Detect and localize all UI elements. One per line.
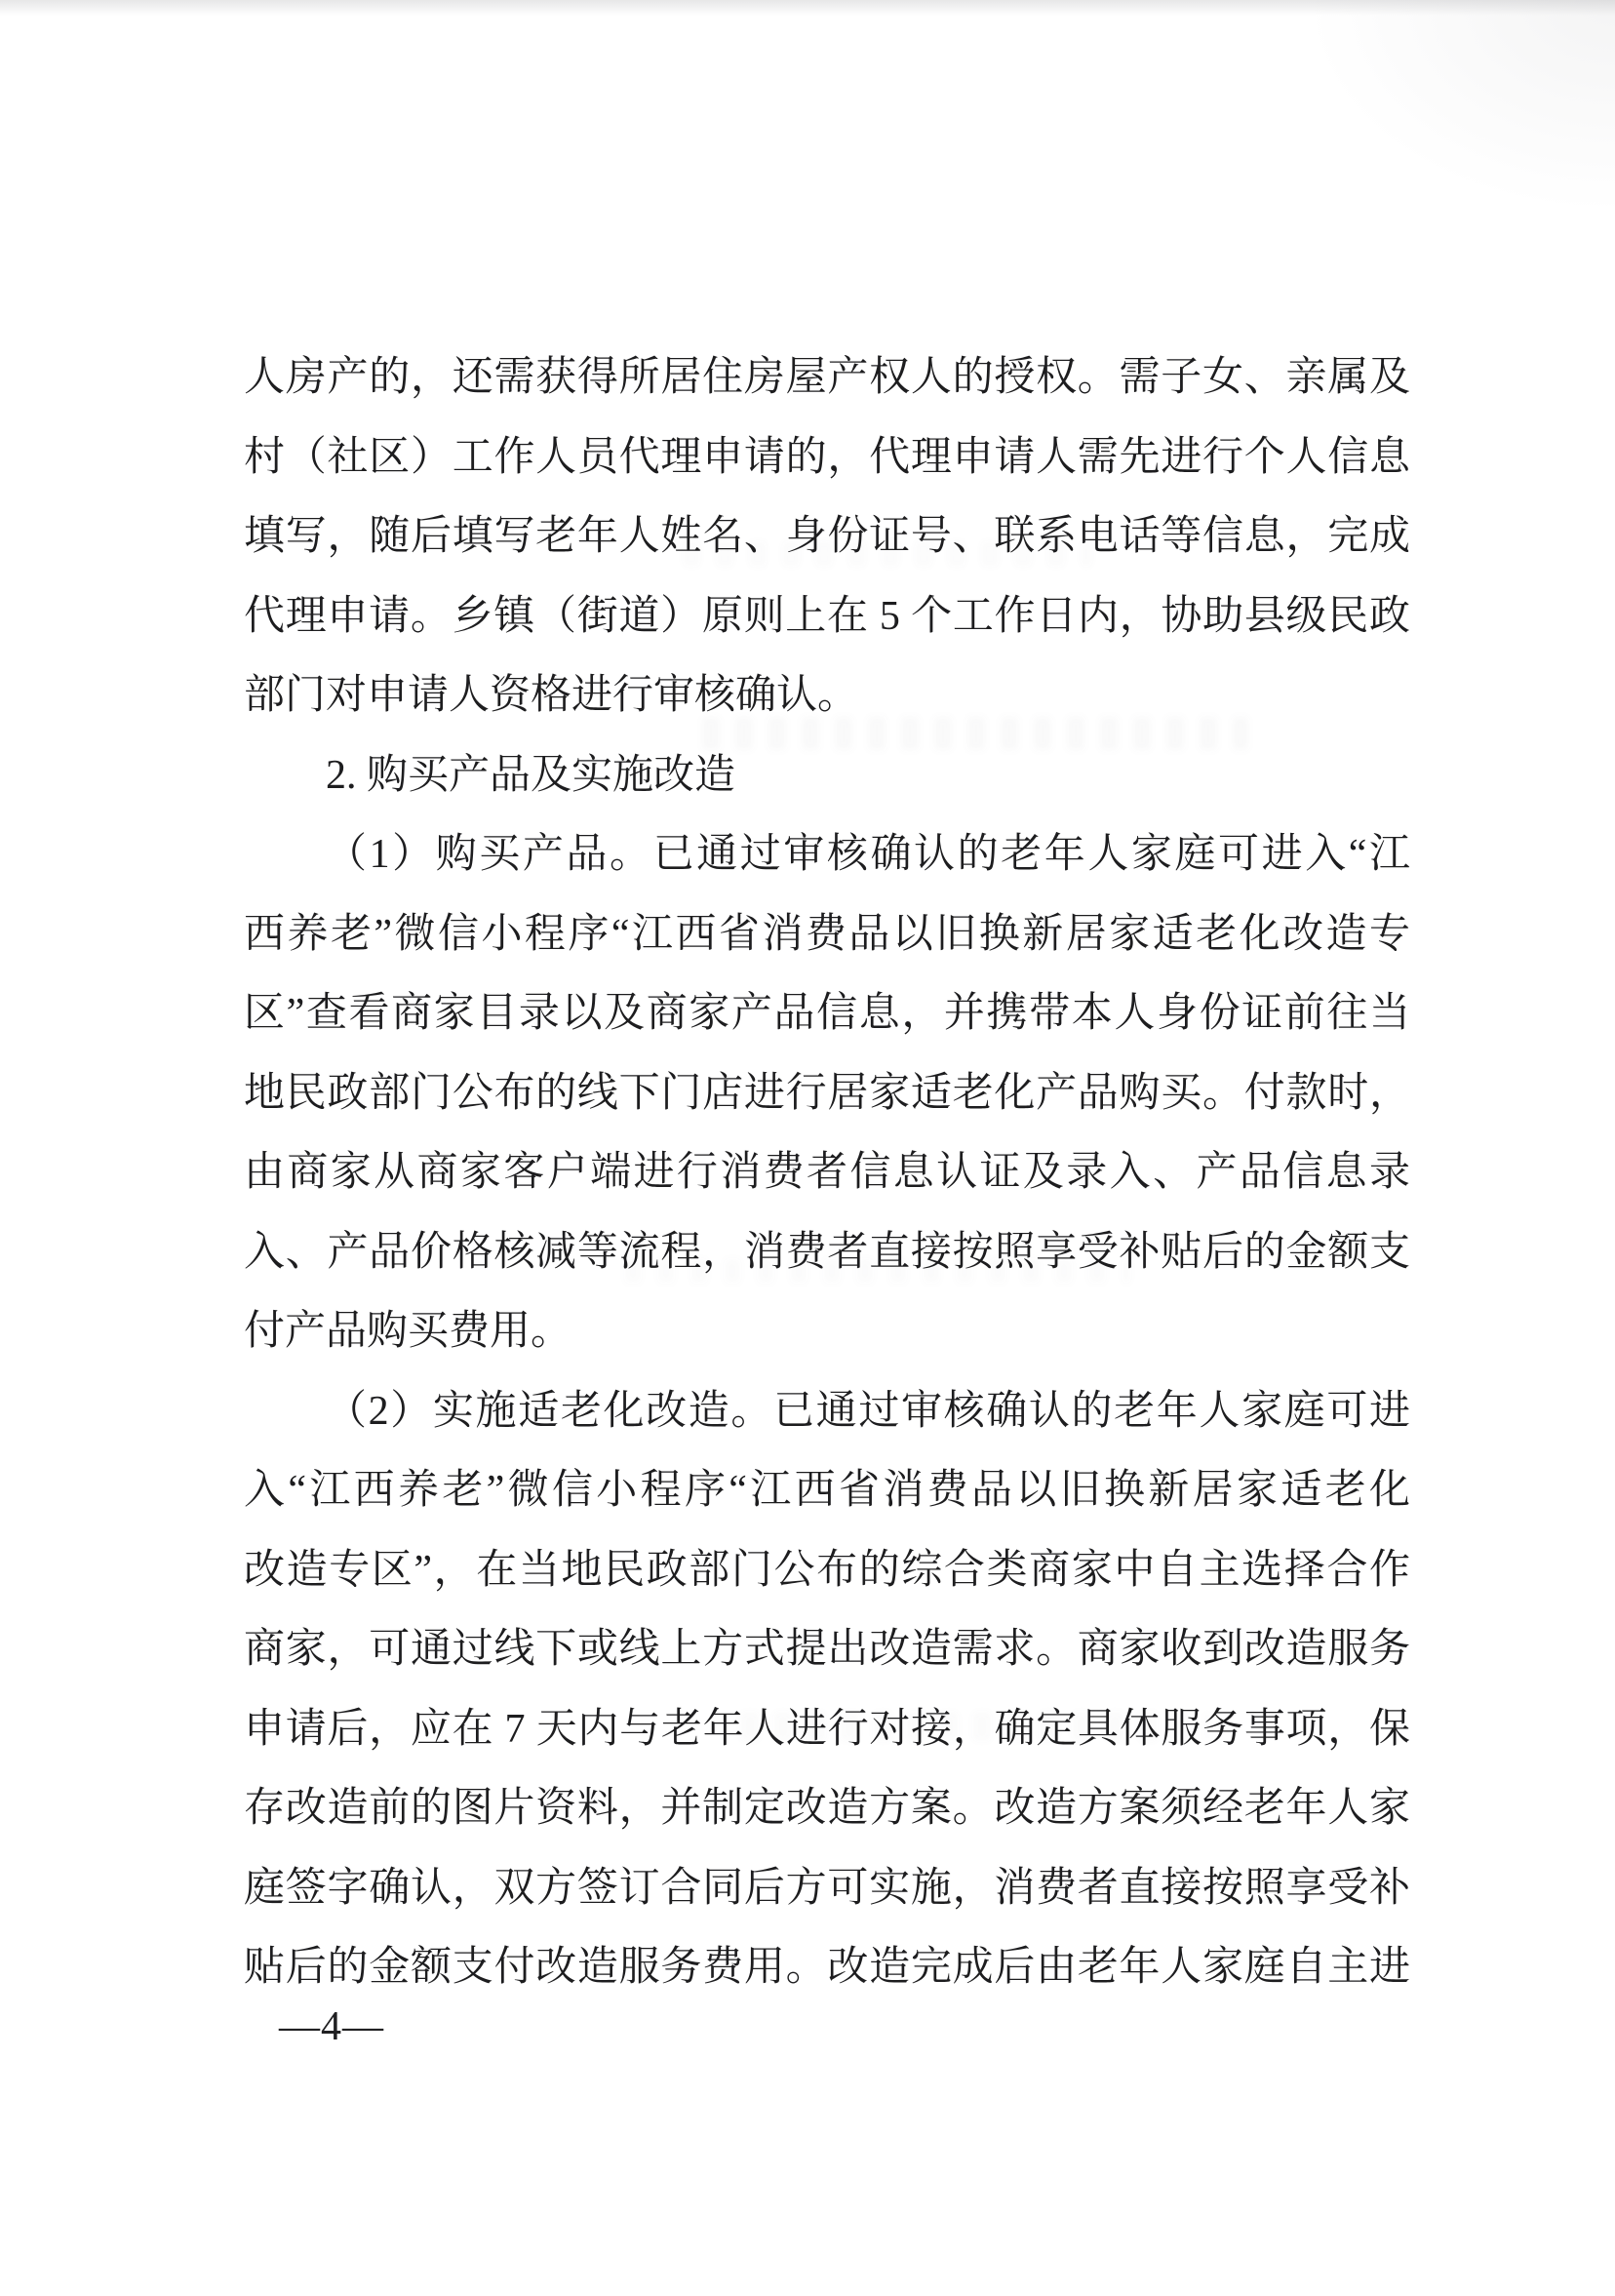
- section-heading: 2. 购买产品及实施改造: [244, 736, 1410, 816]
- text-line: 西养老”微信小程序“江西省消费品以旧换新居家适老化改造专: [244, 895, 1410, 975]
- text-line: （2）实施适老化改造。已通过审核确认的老年人家庭可进: [244, 1372, 1410, 1452]
- text-line: 村（社区）工作人员代理申请的，代理申请人需先进行个人信息: [244, 418, 1410, 498]
- text-line: 填写，随后填写老年人姓名、身份证号、联系电话等信息，完成: [244, 497, 1410, 577]
- text-line: 申请后，应在 7 天内与老年人进行对接，确定具体服务事项，保: [244, 1690, 1410, 1770]
- text-line: 部门对申请人资格进行审核确认。: [244, 656, 1410, 736]
- text-line: 改造专区”，在当地民政部门公布的综合类商家中自主选择合作: [244, 1531, 1410, 1611]
- text-line: 入、产品价格核减等流程，消费者直接按照享受补贴后的金额支: [244, 1213, 1410, 1293]
- text-line: （1）购买产品。已通过审核确认的老年人家庭可进入“江: [244, 815, 1410, 895]
- text-line: 区”查看商家目录以及商家产品信息，并携带本人身份证前往当: [244, 974, 1410, 1054]
- text-line: 地民政部门公布的线下门店进行居家适老化产品购买。付款时，: [244, 1054, 1410, 1134]
- text-line: 商家，可通过线下或线上方式提出改造需求。商家收到改造服务: [244, 1610, 1410, 1690]
- text-line: 付产品购买费用。: [244, 1292, 1410, 1372]
- scan-edge-artifact: [0, 0, 1615, 16]
- text-line: 庭签字确认，双方签订合同后方可实施，消费者直接按照享受补: [244, 1849, 1410, 1929]
- document-page: 人房产的，还需获得所居住房屋产权人的授权。需子女、亲属及 村（社区）工作人员代理…: [0, 0, 1615, 2296]
- page-number: —4—: [279, 2001, 384, 2052]
- text-line: 贴后的金额支付改造服务费用。改造完成后由老年人家庭自主进: [244, 1928, 1410, 2008]
- text-line: 存改造前的图片资料，并制定改造方案。改造方案须经老年人家: [244, 1769, 1410, 1849]
- text-line: 代理申请。乡镇（街道）原则上在 5 个工作日内，协助县级民政: [244, 577, 1410, 657]
- text-line: 入“江西养老”微信小程序“江西省消费品以旧换新居家适老化: [244, 1451, 1410, 1531]
- body-text: 人房产的，还需获得所居住房屋产权人的授权。需子女、亲属及 村（社区）工作人员代理…: [244, 338, 1410, 2008]
- text-line: 人房产的，还需获得所居住房屋产权人的授权。需子女、亲属及: [244, 338, 1410, 418]
- text-line: 由商家从商家客户端进行消费者信息认证及录入、产品信息录: [244, 1133, 1410, 1213]
- scan-corner-artifact: [1303, 0, 1615, 215]
